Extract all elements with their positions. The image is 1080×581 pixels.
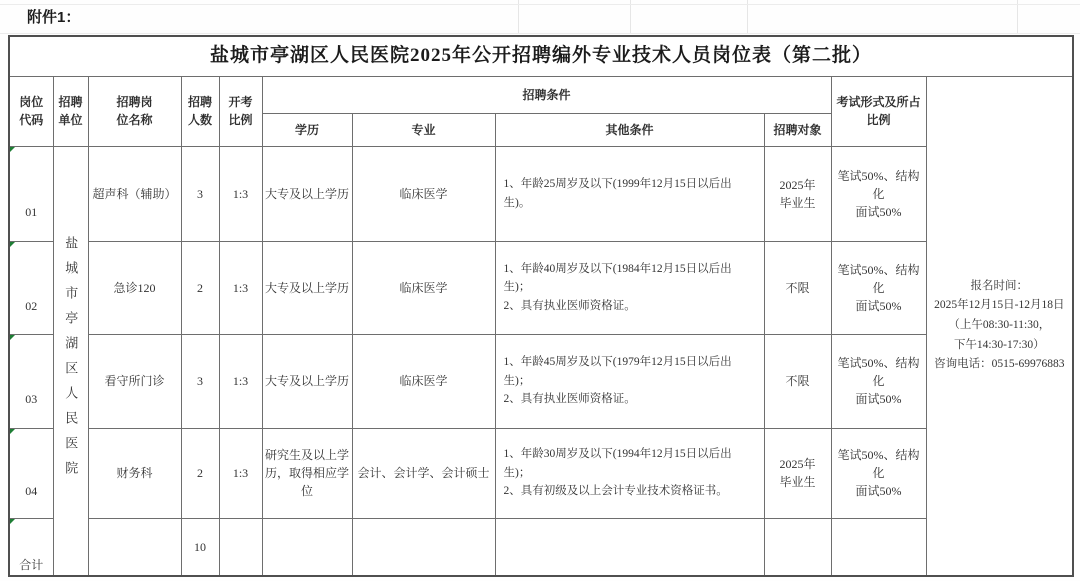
spreadsheet-gridline bbox=[747, 0, 748, 34]
job-code: 02 bbox=[25, 299, 37, 313]
table-title: 盐城市亭湖区人民医院2025年公开招聘编外专业技术人员岗位表（第二批） bbox=[9, 36, 1073, 76]
open-ratio: 1:3 bbox=[219, 241, 262, 334]
education: 研究生及以上学 历，取得相应学 位 bbox=[262, 428, 352, 518]
total-label: 合计 bbox=[19, 558, 43, 572]
empty-cell bbox=[88, 518, 181, 576]
recruitment-position-table: 盐城市亭湖区人民医院2025年公开招聘编外专业技术人员岗位表（第二批） 岗位 代… bbox=[8, 35, 1074, 577]
other-conditions: 1、年龄25周岁及以下(1999年12月15日以后出生)。 bbox=[495, 146, 764, 241]
post-name: 急诊120 bbox=[88, 241, 181, 334]
exam-format: 笔试50%、结构化 面试50% bbox=[831, 241, 926, 334]
target: 不限 bbox=[764, 241, 831, 334]
major: 会计、会计学、会计硕士 bbox=[352, 428, 495, 518]
job-code: 03 bbox=[25, 392, 37, 406]
recruiting-unit-cell: 盐城市亭湖区人民医院 bbox=[53, 146, 88, 576]
open-ratio: 1:3 bbox=[219, 146, 262, 241]
target: 2025年 毕业生 bbox=[764, 146, 831, 241]
header-major: 专业 bbox=[352, 113, 495, 146]
header-row-1: 岗位 代码 招聘 单位 招聘岗 位名称 招聘 人数 开考 比例 招聘条件 考试形… bbox=[9, 76, 1073, 113]
table-title-row: 盐城市亭湖区人民医院2025年公开招聘编外专业技术人员岗位表（第二批） bbox=[9, 36, 1073, 76]
total-headcount: 10 bbox=[181, 518, 219, 576]
empty-cell bbox=[262, 518, 352, 576]
header-conditions-group: 招聘条件 bbox=[262, 76, 831, 113]
header-open-ratio: 开考 比例 bbox=[219, 76, 262, 146]
major: 临床医学 bbox=[352, 334, 495, 428]
education: 大专及以上学历 bbox=[262, 146, 352, 241]
header-post-code: 岗位 代码 bbox=[9, 76, 53, 146]
spreadsheet-gridline bbox=[518, 0, 519, 34]
header-recruiting-unit: 招聘 单位 bbox=[53, 76, 88, 146]
header-post-name: 招聘岗 位名称 bbox=[88, 76, 181, 146]
excel-error-marker-icon bbox=[10, 519, 15, 524]
excel-error-marker-icon bbox=[10, 147, 15, 152]
header-education: 学历 bbox=[262, 113, 352, 146]
headcount: 3 bbox=[181, 146, 219, 241]
header-exam-format: 考试形式及所占 比例 bbox=[831, 76, 926, 146]
other-conditions: 1、年龄40周岁及以下(1984年12月15日以后出生)； 2、具有执业医师资格… bbox=[495, 241, 764, 334]
spreadsheet-gridline bbox=[1017, 0, 1018, 34]
document-page: 附件1： 盐城市亭湖区人民医院2025年公开招聘编外专业技术人员岗位表（第二批）… bbox=[0, 0, 1080, 581]
spreadsheet-gridline bbox=[0, 33, 1080, 34]
header-headcount: 招聘 人数 bbox=[181, 76, 219, 146]
table-row: 03 看守所门诊 3 1:3 大专及以上学历 临床医学 1、年龄45周岁及以下(… bbox=[9, 334, 1073, 428]
spreadsheet-gridline bbox=[630, 0, 631, 34]
total-row: 合计 10 bbox=[9, 518, 1073, 576]
excel-error-marker-icon bbox=[10, 335, 15, 340]
headcount: 2 bbox=[181, 428, 219, 518]
target: 2025年 毕业生 bbox=[764, 428, 831, 518]
post-name: 财务科 bbox=[88, 428, 181, 518]
exam-format: 笔试50%、结构化 面试50% bbox=[831, 428, 926, 518]
major: 临床医学 bbox=[352, 146, 495, 241]
exam-format: 笔试50%、结构化 面试50% bbox=[831, 334, 926, 428]
job-code-cell: 02 bbox=[9, 241, 53, 334]
empty-cell bbox=[764, 518, 831, 576]
open-ratio: 1:3 bbox=[219, 334, 262, 428]
excel-error-marker-icon bbox=[10, 429, 15, 434]
target: 不限 bbox=[764, 334, 831, 428]
job-code: 04 bbox=[25, 484, 37, 498]
post-name: 看守所门诊 bbox=[88, 334, 181, 428]
attachment-label: 附件1： bbox=[27, 6, 80, 27]
recruiting-unit-name: 盐城市亭湖区人民医院 bbox=[61, 236, 81, 486]
post-name: 超声科（辅助） bbox=[88, 146, 181, 241]
table-row: 04 财务科 2 1:3 研究生及以上学 历，取得相应学 位 会计、会计学、会计… bbox=[9, 428, 1073, 518]
job-code-cell: 01 bbox=[9, 146, 53, 241]
job-code: 01 bbox=[25, 205, 37, 219]
spreadsheet-gridline bbox=[0, 4, 1080, 5]
headcount: 2 bbox=[181, 241, 219, 334]
major: 临床医学 bbox=[352, 241, 495, 334]
empty-cell bbox=[219, 518, 262, 576]
excel-error-marker-icon bbox=[10, 242, 15, 247]
signup-info-cell: 报名时间： 2025年12月15日-12月18日 （上午08:30-11:30，… bbox=[926, 76, 1073, 576]
header-other-conditions: 其他条件 bbox=[495, 113, 764, 146]
empty-cell bbox=[352, 518, 495, 576]
exam-format: 笔试50%、结构化 面试50% bbox=[831, 146, 926, 241]
education: 大专及以上学历 bbox=[262, 334, 352, 428]
other-conditions: 1、年龄30周岁及以下(1994年12月15日以后出生)； 2、具有初级及以上会… bbox=[495, 428, 764, 518]
empty-cell bbox=[831, 518, 926, 576]
job-code-cell: 03 bbox=[9, 334, 53, 428]
open-ratio: 1:3 bbox=[219, 428, 262, 518]
other-conditions: 1、年龄45周岁及以下(1979年12月15日以后出生)； 2、具有执业医师资格… bbox=[495, 334, 764, 428]
table-row: 01 盐城市亭湖区人民医院 超声科（辅助） 3 1:3 大专及以上学历 临床医学… bbox=[9, 146, 1073, 241]
empty-cell bbox=[495, 518, 764, 576]
education: 大专及以上学历 bbox=[262, 241, 352, 334]
total-label-cell: 合计 bbox=[9, 518, 53, 576]
job-code-cell: 04 bbox=[9, 428, 53, 518]
table-row: 02 急诊120 2 1:3 大专及以上学历 临床医学 1、年龄40周岁及以下(… bbox=[9, 241, 1073, 334]
headcount: 3 bbox=[181, 334, 219, 428]
header-target: 招聘对象 bbox=[764, 113, 831, 146]
